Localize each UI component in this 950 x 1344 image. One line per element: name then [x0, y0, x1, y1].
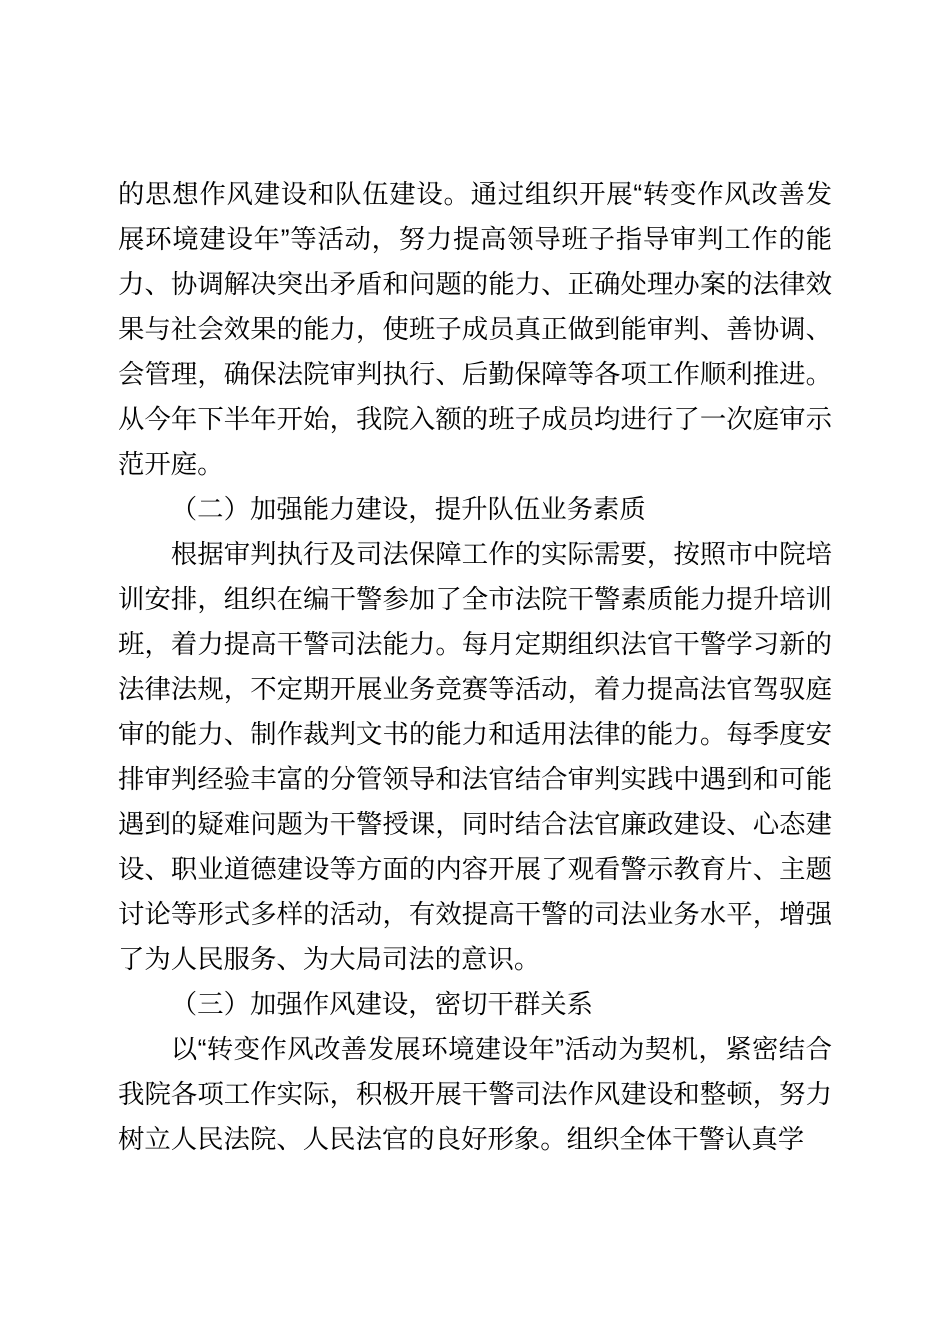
- section-heading-3: （三）加强作风建设，密切干群关系: [118, 982, 832, 1027]
- section-heading-2: （二）加强能力建设，提升队伍业务素质: [118, 487, 832, 532]
- paragraph-continuation: 的思想作风建设和队伍建设。通过组织开展“转变作风改善发展环境建设年”等活动，努力…: [118, 172, 832, 487]
- document-page: 的思想作风建设和队伍建设。通过组织开展“转变作风改善发展环境建设年”等活动，努力…: [0, 0, 950, 1344]
- paragraph-capacity-building: 根据审判执行及司法保障工作的实际需要，按照市中院培训安排，组织在编干警参加了全市…: [118, 532, 832, 982]
- paragraph-work-style: 以“转变作风改善发展环境建设年”活动为契机，紧密结合我院各项工作实际，积极开展干…: [118, 1027, 832, 1162]
- document-text-block: 的思想作风建设和队伍建设。通过组织开展“转变作风改善发展环境建设年”等活动，努力…: [118, 172, 832, 1162]
